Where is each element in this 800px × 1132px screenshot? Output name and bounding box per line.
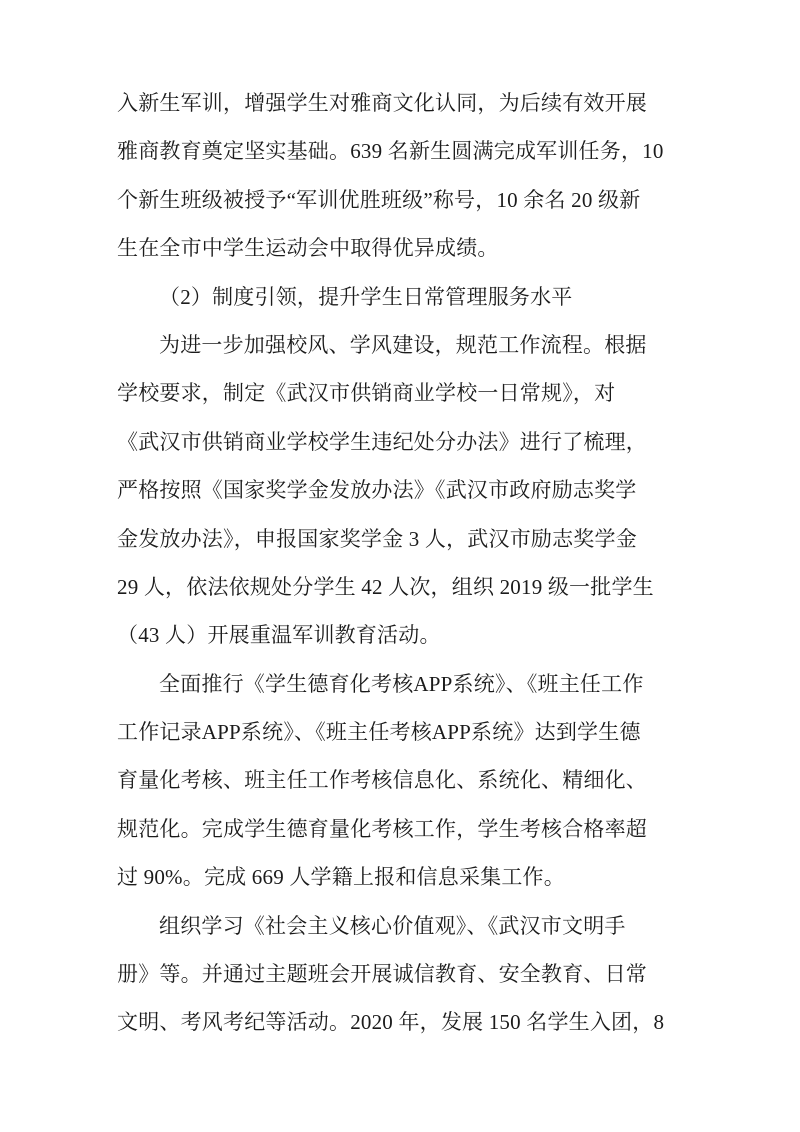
text-line: 严格按照《国家奖学金发放办法》《武汉市政府励志奖学 <box>117 466 692 514</box>
document-page: 入新生军训，增强学生对雅商文化认同，为后续有效开展 雅商教育奠定坚实基础。639… <box>0 0 800 1132</box>
section-heading-line: （2）制度引领，提升学生日常管理服务水平 <box>117 273 692 321</box>
document-text-block: 入新生军训，增强学生对雅商文化认同，为后续有效开展 雅商教育奠定坚实基础。639… <box>117 79 692 1047</box>
text-line: 学校要求，制定《武汉市供销商业学校一日常规》，对 <box>117 369 692 417</box>
text-line: 入新生军训，增强学生对雅商文化认同，为后续有效开展 <box>117 79 692 127</box>
text-line: 文明、考风考纪等活动。2020 年，发展 150 名学生入团，8 <box>117 998 692 1046</box>
text-line: 育量化考核、班主任工作考核信息化、系统化、精细化、 <box>117 756 692 804</box>
text-line: 工作记录APP系统》、《班主任考核APP系统》达到学生德 <box>117 708 692 756</box>
text-line: 为进一步加强校风、学风建设，规范工作流程。根据 <box>117 321 692 369</box>
text-line: （43 人）开展重温军训教育活动。 <box>117 611 692 659</box>
text-line: 雅商教育奠定坚实基础。639 名新生圆满完成军训任务，10 <box>117 127 692 175</box>
text-line: 生在全市中学生运动会中取得优异成绩。 <box>117 224 692 272</box>
text-line: 册》等。并通过主题班会开展诚信教育、安全教育、日常 <box>117 950 692 998</box>
text-line: 个新生班级被授予“军训优胜班级”称号，10 余名 20 级新 <box>117 176 692 224</box>
text-line: 规范化。完成学生德育量化考核工作，学生考核合格率超 <box>117 805 692 853</box>
text-line: 过 90%。完成 669 人学籍上报和信息采集工作。 <box>117 853 692 901</box>
text-line: 29 人，依法依规处分学生 42 人次，组织 2019 级一批学生 <box>117 563 692 611</box>
text-line: 金发放办法》，申报国家奖学金 3 人，武汉市励志奖学金 <box>117 515 692 563</box>
text-line: 组织学习《社会主义核心价值观》、《武汉市文明手 <box>117 902 692 950</box>
text-line: 全面推行《学生德育化考核APP系统》、《班主任工作 <box>117 660 692 708</box>
text-line: 《武汉市供销商业学校学生违纪处分办法》进行了梳理， <box>117 418 692 466</box>
